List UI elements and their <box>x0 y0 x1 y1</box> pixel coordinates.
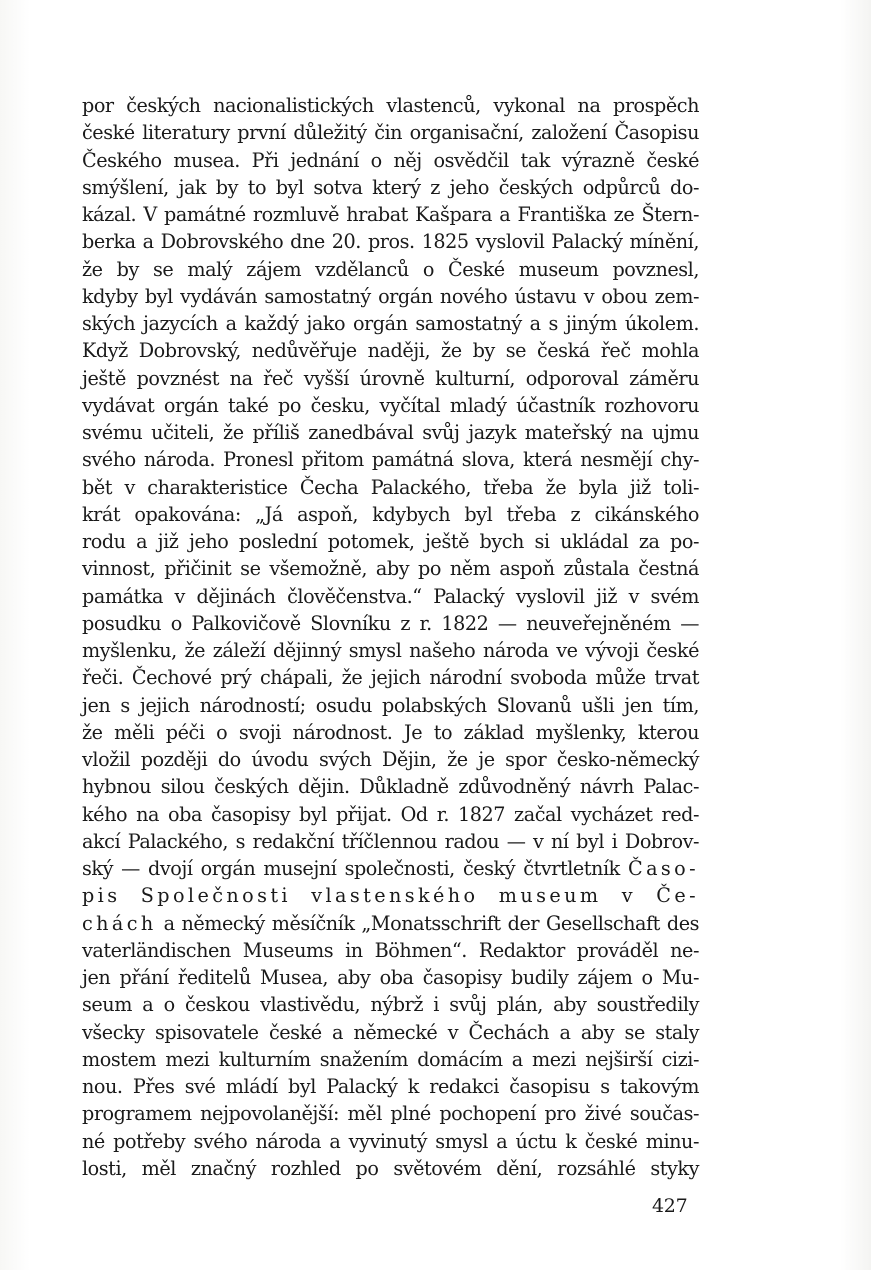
text-line: Českého musea. Při jednání o něj osvědči… <box>82 147 699 174</box>
text-line: krát opakována: „Já aspoň, kdybych byl t… <box>82 501 699 528</box>
text-line: památka v dějinách člověčenstva.“ Palack… <box>82 583 699 610</box>
text-segment: a německý měsíčník „Monatsschrift der Ge… <box>157 912 699 935</box>
scanned-book-page: por českých nacionalistických vlastenců,… <box>0 0 871 1270</box>
spaced-title-line: pis Společnosti vlastenského museum v Če… <box>82 882 699 909</box>
text-line: nou. Přes své mládí byl Palacký k redakc… <box>82 1073 699 1100</box>
text-line: vinnost, přičinit se všemožně, aby po ně… <box>82 555 699 582</box>
text-line: vydávat orgán také po česku, vyčítal mla… <box>82 392 699 419</box>
spaced-title-segment: chách <box>82 912 157 935</box>
text-line-with-spaced-title: ský — dvojí orgán musejní společnosti, č… <box>82 855 699 882</box>
text-line: ještě povznést na řeč vyšší úrovně kultu… <box>82 365 699 392</box>
text-line: svého národa. Pronesl přitom památná slo… <box>82 446 699 473</box>
spaced-title-segment: Časo- <box>628 857 699 880</box>
text-line: programem nejpovolanější: měl plné pocho… <box>82 1100 699 1127</box>
text-line: jen přání ředitelů Musea, aby oba časopi… <box>82 964 699 991</box>
text-line: bět v charakteristice Čecha Palackého, t… <box>82 474 699 501</box>
text-line: mostem mezi kulturním snažením domácím a… <box>82 1046 699 1073</box>
text-line: kdyby byl vydáván samostatný orgán novéh… <box>82 283 699 310</box>
text-line: že by se malý zájem vzdělanců o České mu… <box>82 256 699 283</box>
text-line: myšlenku, že záleží dějinný smysl našeho… <box>82 637 699 664</box>
text-line: řeči. Čechové prý chápali, že jejich nár… <box>82 664 699 691</box>
text-line: posudku o Palkovičově Slovníku z r. 1822… <box>82 610 699 637</box>
text-line: seum a o českou vlastivědu, nýbrž i svůj… <box>82 991 699 1018</box>
text-line: hybnou silou českých dějin. Důkladně zdů… <box>82 773 699 800</box>
text-line: berka a Dobrovského dne 20. pros. 1825 v… <box>82 228 699 255</box>
text-line: kázal. V památné rozmluvě hrabat Kašpara… <box>82 201 699 228</box>
body-text: por českých nacionalistických vlastenců,… <box>82 92 699 1182</box>
text-line: losti, měl značný rozhled po světovém dě… <box>82 1155 699 1182</box>
text-line: akcí Palackého, s redakční tříčlennou ra… <box>82 828 699 855</box>
page-number: 427 <box>652 1195 687 1217</box>
text-line: né potřeby svého národa a vyvinutý smysl… <box>82 1128 699 1155</box>
text-line: vložil později do úvodu svých Dějin, že … <box>82 746 699 773</box>
text-line: že měli péči o svoji národnost. Je to zá… <box>82 719 699 746</box>
text-line: jen s jejich národností; osudu polabskýc… <box>82 692 699 719</box>
text-line: české literatury první důležitý čin orga… <box>82 119 699 146</box>
text-line: por českých nacionalistických vlastenců,… <box>82 92 699 119</box>
text-line-with-spaced-title: chách a německý měsíčník „Monatsschrift … <box>82 910 699 937</box>
text-line: všecky spisovatele české a německé v Čec… <box>82 1019 699 1046</box>
text-line: svému učiteli, že příliš zanedbával svůj… <box>82 419 699 446</box>
text-segment: ský — dvojí orgán musejní společnosti, č… <box>82 857 628 880</box>
text-line: ských jazycích a každý jako orgán samost… <box>82 310 699 337</box>
text-line: rodu a již jeho poslední potomek, ještě … <box>82 528 699 555</box>
text-line: vaterländischen Museums in Böhmen“. Reda… <box>82 937 699 964</box>
text-line: smýšlení, jak by to byl sotva který z je… <box>82 174 699 201</box>
text-line: kého na oba časopisy byl přijat. Od r. 1… <box>82 801 699 828</box>
text-line: Když Dobrovský, nedůvěřuje naději, že by… <box>82 337 699 364</box>
